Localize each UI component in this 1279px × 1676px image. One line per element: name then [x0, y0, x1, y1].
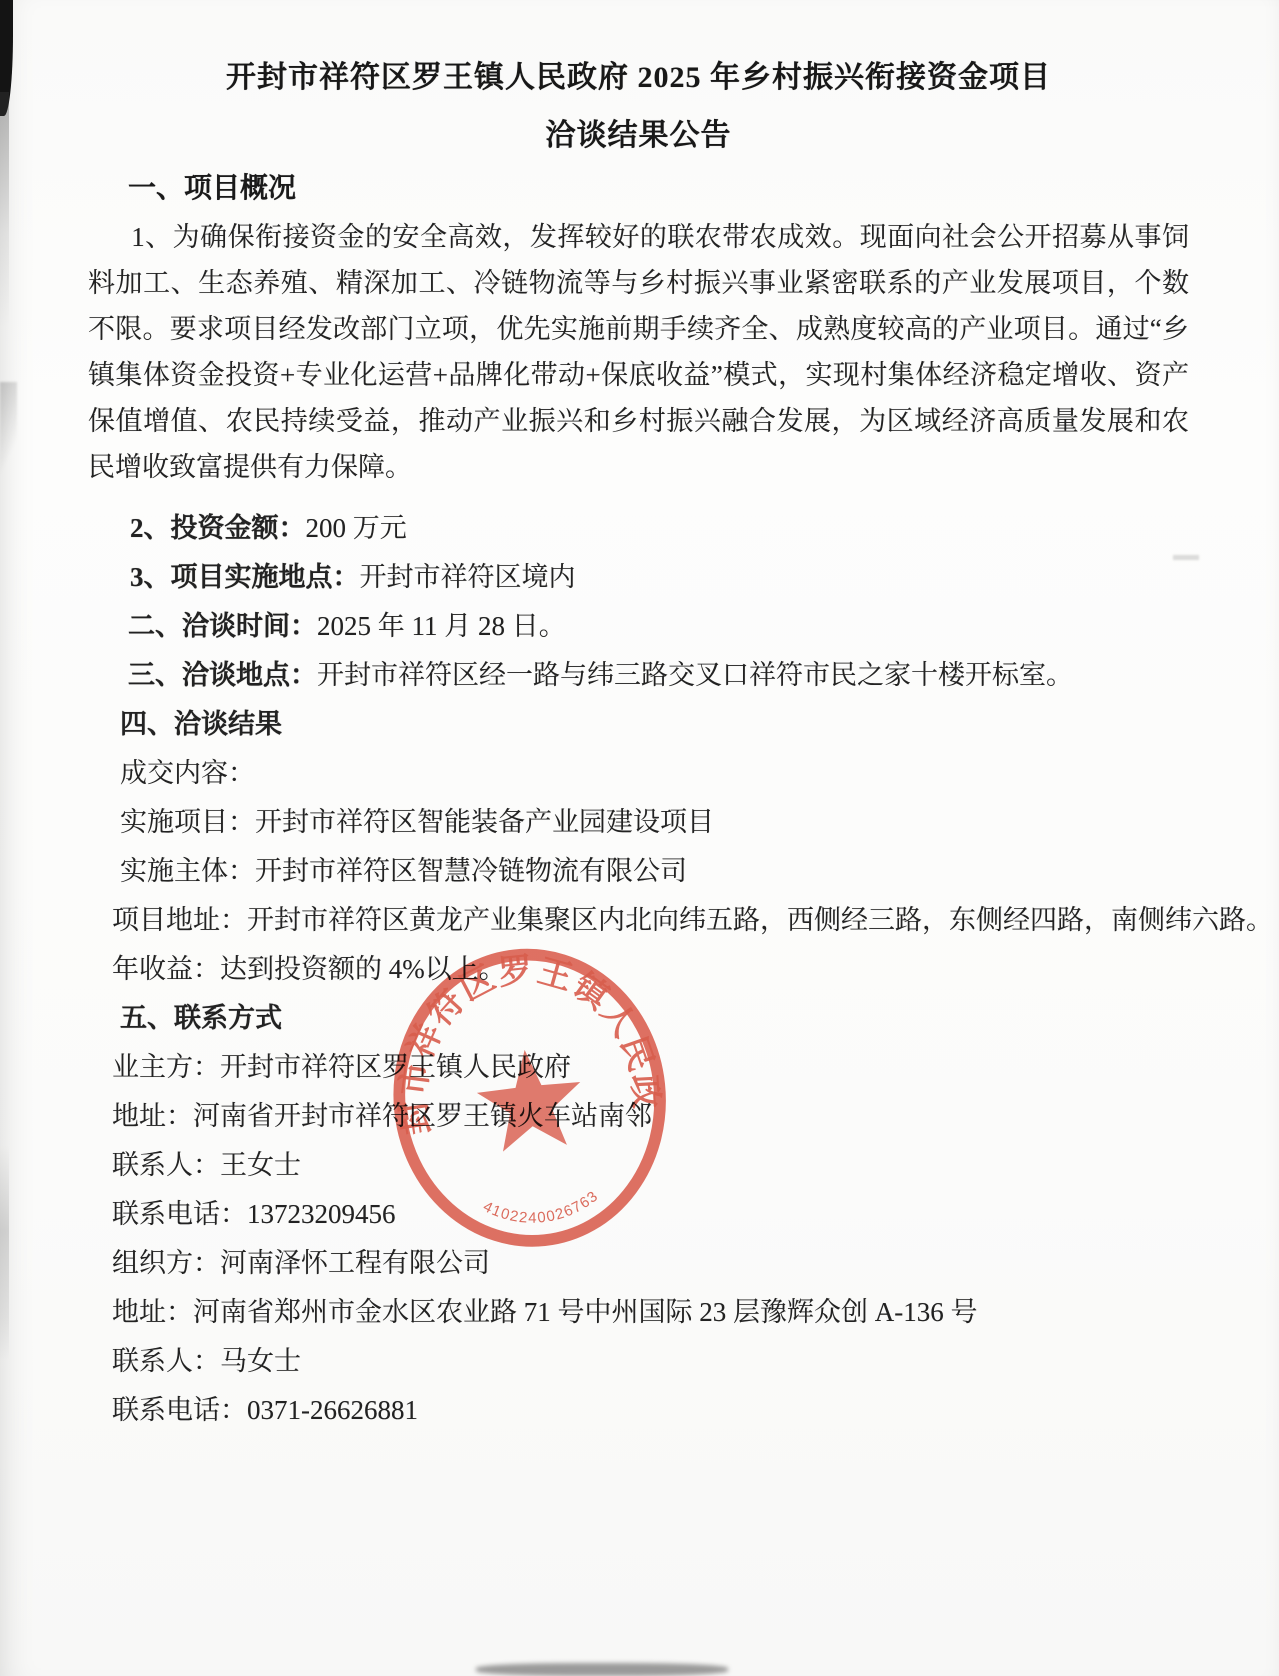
document-title-line1: 开封市祥符区罗王镇人民政府 2025 年乡村振兴衔接资金项目 [88, 56, 1189, 100]
annual-yield-label: 年收益： [112, 954, 220, 984]
investment-amount-label: 2、投资金额： [130, 513, 306, 543]
scan-artifact-streak [0, 92, 9, 327]
negotiation-time-value: 2025 年 11 月 28 日。 [317, 611, 566, 641]
implemented-project-value: 开封市祥符区智能装备产业园建设项目 [255, 807, 714, 837]
annual-yield-line: 年收益：达到投资额的 4%以上。 [88, 945, 1189, 994]
project-address-label: 项目地址： [112, 905, 247, 935]
negotiation-time-line: 二、洽谈时间：2025 年 11 月 28 日。 [88, 602, 1189, 651]
organizer-value: 河南泽怀工程有限公司 [220, 1248, 490, 1278]
annual-yield-value: 达到投资额的 4%以上。 [220, 954, 506, 984]
negotiation-place-label: 三、洽谈地点： [128, 660, 317, 690]
deal-content-heading: 成交内容： [88, 749, 1189, 798]
organizer-contact-person-label: 联系人： [112, 1346, 220, 1376]
section-contact-heading: 五、联系方式 [88, 994, 1189, 1043]
organizer-contact-person-value: 马女士 [220, 1346, 301, 1376]
organizer-phone-value: 0371-26626881 [247, 1395, 418, 1425]
document-page: 开封市祥符区罗王镇人民政府 2025 年乡村振兴衔接资金项目 洽谈结果公告 一、… [0, 0, 1279, 1676]
owner-contact-person-value: 王女士 [220, 1150, 301, 1180]
owner-value: 开封市祥符区罗王镇人民政府 [220, 1052, 571, 1082]
organizer-line: 组织方：河南泽怀工程有限公司 [88, 1239, 1189, 1288]
implementing-entity-value: 开封市祥符区智慧冷链物流有限公司 [255, 856, 687, 886]
organizer-contact-person-line: 联系人：马女士 [88, 1337, 1189, 1386]
implementing-entity-line: 实施主体：开封市祥符区智慧冷链物流有限公司 [88, 847, 1189, 896]
investment-amount-value: 200 万元 [306, 513, 407, 543]
organizer-address-label: 地址： [112, 1297, 193, 1327]
negotiation-place-line: 三、洽谈地点：开封市祥符区经一路与纬三路交叉口祥符市民之家十楼开标室。 [88, 651, 1189, 700]
owner-phone-line: 联系电话：13723209456 [88, 1190, 1189, 1239]
owner-phone-label: 联系电话： [112, 1199, 247, 1229]
organizer-phone-label: 联系电话： [112, 1395, 247, 1425]
scan-artifact-streak [0, 382, 17, 482]
scan-artifact-corner [0, 0, 13, 116]
implementation-location-line: 3、项目实施地点：开封市祥符区境内 [88, 553, 1189, 602]
implementing-entity-label: 实施主体： [120, 856, 255, 886]
negotiation-place-value: 开封市祥符区经一路与纬三路交叉口祥符市民之家十楼开标室。 [317, 660, 1073, 690]
project-address-line: 项目地址：开封市祥符区黄龙产业集聚区内北向纬五路，西侧经三路，东侧经四路，南侧纬… [88, 896, 1261, 945]
implemented-project-label: 实施项目： [120, 807, 255, 837]
implemented-project-line: 实施项目：开封市祥符区智能装备产业园建设项目 [88, 798, 1189, 847]
investment-amount-line: 2、投资金额：200 万元 [88, 504, 1189, 553]
organizer-label: 组织方： [112, 1248, 220, 1278]
owner-phone-value: 13723209456 [247, 1199, 396, 1229]
section-overview-heading: 一、项目概况 [88, 168, 1189, 210]
organizer-address-line: 地址：河南省郑州市金水区农业路 71 号中州国际 23 层豫辉众创 A-136 … [88, 1288, 1189, 1337]
owner-address-label: 地址： [112, 1101, 193, 1131]
overview-paragraph: 1、为确保衔接资金的安全高效，发挥较好的联农带农成效。现面向社会公开招募从事饲料… [88, 214, 1189, 490]
scan-artifact-streak [0, 1145, 9, 1360]
owner-contact-person-line: 联系人：王女士 [88, 1141, 1189, 1190]
implementation-location-label: 3、项目实施地点： [130, 562, 360, 592]
document-title-line2: 洽谈结果公告 [88, 114, 1189, 158]
project-address-value: 开封市祥符区黄龙产业集聚区内北向纬五路，西侧经三路，东侧经四路，南侧纬六路。 [247, 905, 1273, 935]
implementation-location-value: 开封市祥符区境内 [360, 562, 576, 592]
section-result-heading: 四、洽谈结果 [88, 700, 1189, 749]
organizer-phone-line: 联系电话：0371-26626881 [88, 1386, 1189, 1435]
owner-label: 业主方： [112, 1052, 220, 1082]
negotiation-time-label: 二、洽谈时间： [128, 611, 317, 641]
owner-address-line: 地址：河南省开封市祥符区罗王镇火车站南邻 [88, 1092, 1189, 1141]
owner-address-value: 河南省开封市祥符区罗王镇火车站南邻 [193, 1101, 652, 1131]
owner-contact-person-label: 联系人： [112, 1150, 220, 1180]
owner-line: 业主方：开封市祥符区罗王镇人民政府 [88, 1043, 1189, 1092]
scan-artifact-bottom-edge [476, 1663, 728, 1676]
organizer-address-value: 河南省郑州市金水区农业路 71 号中州国际 23 层豫辉众创 A-136 号 [193, 1297, 978, 1327]
